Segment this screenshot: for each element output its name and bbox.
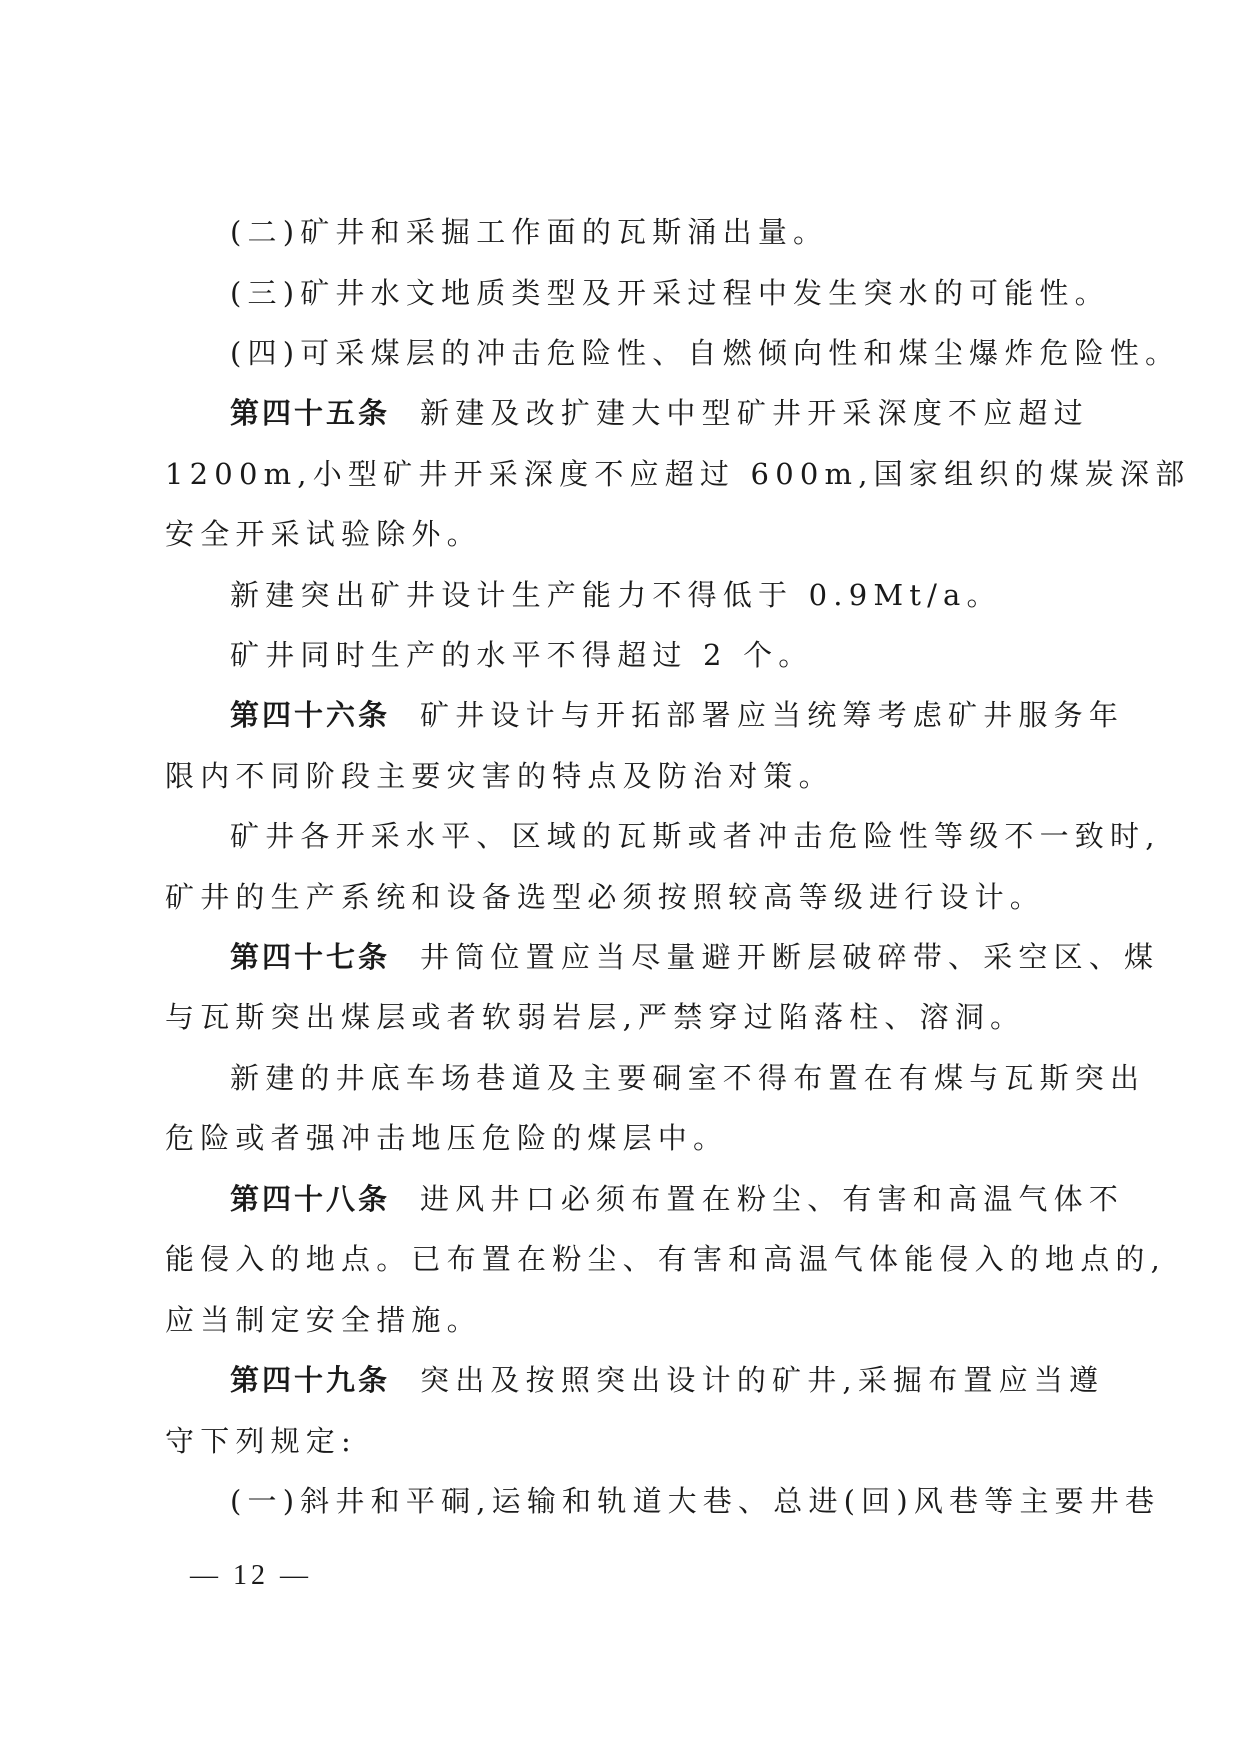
article-46-line: 第四十六条矿井设计与开拓部署应当统筹考虑矿井服务年 xyxy=(230,695,1080,735)
paragraph-line: 1200m,小型矿井开采深度不应超过 600m,国家组织的煤炭深部 xyxy=(165,454,1080,494)
article-heading: 第四十八条 xyxy=(230,1182,390,1216)
article-text: 进风井口必须布置在粉尘、有害和高温气体不 xyxy=(420,1182,1124,1216)
paragraph-line: 矿井各开采水平、区域的瓦斯或者冲击危险性等级不一致时, xyxy=(230,816,1080,856)
article-heading: 第四十九条 xyxy=(230,1363,390,1397)
paragraph-line: 守下列规定: xyxy=(165,1421,1080,1461)
article-heading: 第四十七条 xyxy=(230,940,390,974)
paragraph-line: (四)可采煤层的冲击危险性、自燃倾向性和煤尘爆炸危险性。 xyxy=(230,333,1080,373)
paragraph-line: 应当制定安全措施。 xyxy=(165,1300,1080,1340)
paragraph-line: (三)矿井水文地质类型及开采过程中发生突水的可能性。 xyxy=(230,273,1080,313)
paragraph-line: 限内不同阶段主要灾害的特点及防治对策。 xyxy=(165,756,1080,796)
article-heading: 第四十五条 xyxy=(230,396,390,430)
paragraph-line: 新建的井底车场巷道及主要硐室不得布置在有煤与瓦斯突出 xyxy=(230,1058,1080,1098)
paragraph-line: (二)矿井和采掘工作面的瓦斯涌出量。 xyxy=(230,212,1080,252)
article-text: 井筒位置应当尽量避开断层破碎带、采空区、煤 xyxy=(420,940,1159,974)
page-number: — 12 — xyxy=(190,1560,312,1592)
article-47-line: 第四十七条井筒位置应当尽量避开断层破碎带、采空区、煤 xyxy=(230,937,1080,977)
article-text: 新建及改扩建大中型矿井开采深度不应超过 xyxy=(420,396,1089,430)
paragraph-line: 与瓦斯突出煤层或者软弱岩层,严禁穿过陷落柱、溶洞。 xyxy=(165,997,1080,1037)
article-text: 突出及按照突出设计的矿井,采掘布置应当遵 xyxy=(420,1363,1104,1397)
paragraph-line: 矿井同时生产的水平不得超过 2 个。 xyxy=(230,635,1080,675)
article-45-line: 第四十五条新建及改扩建大中型矿井开采深度不应超过 xyxy=(230,393,1080,433)
paragraph-line: 新建突出矿井设计生产能力不得低于 0.9Mt/a。 xyxy=(230,575,1080,615)
article-48-line: 第四十八条进风井口必须布置在粉尘、有害和高温气体不 xyxy=(230,1179,1080,1219)
article-text: 矿井设计与开拓部署应当统筹考虑矿井服务年 xyxy=(420,698,1124,732)
paragraph-line: 能侵入的地点。已布置在粉尘、有害和高温气体能侵入的地点的, xyxy=(165,1239,1080,1279)
paragraph-line: 危险或者强冲击地压危险的煤层中。 xyxy=(165,1118,1080,1158)
document-page: (二)矿井和采掘工作面的瓦斯涌出量。 (三)矿井水文地质类型及开采过程中发生突水… xyxy=(0,0,1240,1753)
paragraph-line: 安全开采试验除外。 xyxy=(165,514,1080,554)
article-heading: 第四十六条 xyxy=(230,698,390,732)
paragraph-line: 矿井的生产系统和设备选型必须按照较高等级进行设计。 xyxy=(165,877,1080,917)
paragraph-line: (一)斜井和平硐,运输和轨道大巷、总进(回)风巷等主要井巷 xyxy=(230,1481,1080,1521)
article-49-line: 第四十九条突出及按照突出设计的矿井,采掘布置应当遵 xyxy=(230,1360,1080,1400)
